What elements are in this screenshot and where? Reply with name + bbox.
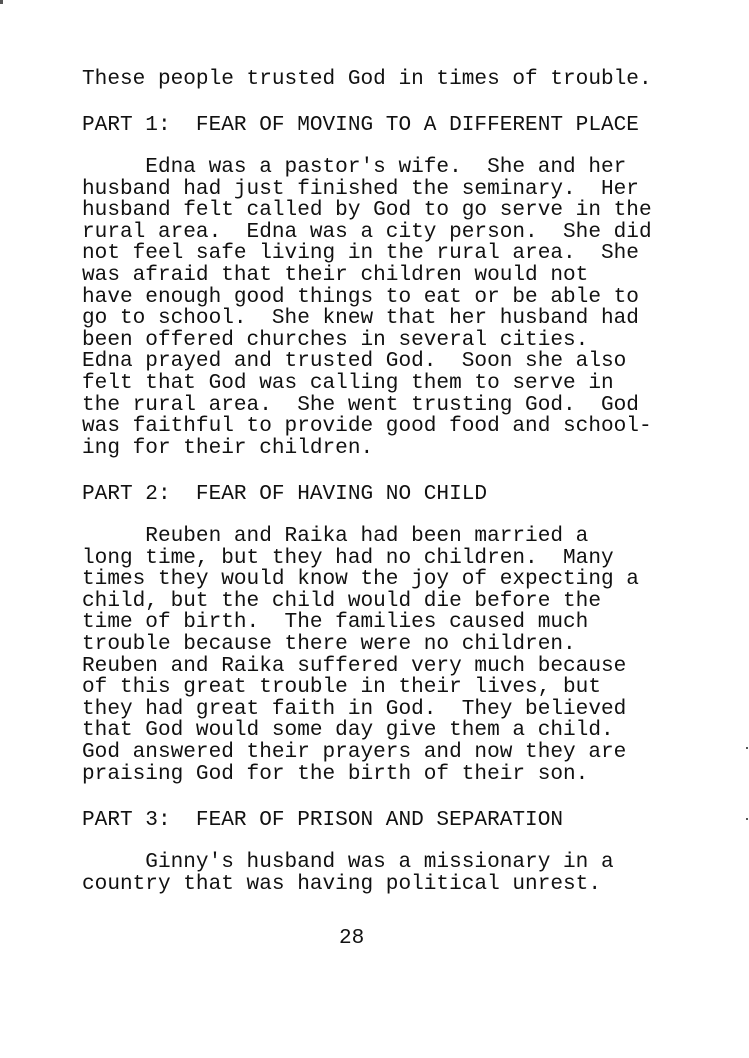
body-line: long time, but they had no children. Man… xyxy=(82,548,614,570)
body-line: country that was having political unrest… xyxy=(82,874,601,896)
body-line: felt that God was calling them to serve … xyxy=(82,373,614,395)
body-line: the rural area. She went trusting God. G… xyxy=(82,395,639,417)
body-line: was afraid that their children would not xyxy=(82,265,588,287)
body-line: have enough good things to eat or be abl… xyxy=(82,287,639,309)
body-line: rural area. Edna was a city person. She … xyxy=(82,222,652,244)
body-line: been offered churches in several cities. xyxy=(82,330,588,352)
body-line: was faithful to provide good food and sc… xyxy=(82,416,652,438)
body-line: go to school. She knew that her husband … xyxy=(82,308,639,330)
body-line: times they would know the joy of expecti… xyxy=(82,569,639,591)
scan-speck xyxy=(746,818,748,820)
body-line: husband felt called by God to go serve i… xyxy=(82,200,652,222)
scan-speck xyxy=(746,747,748,749)
body-line: not feel safe living in the rural area. … xyxy=(82,243,639,265)
body-line: Edna was a pastor's wife. She and her xyxy=(82,157,626,179)
body-line: Reuben and Raika had been married a xyxy=(82,526,588,548)
section-heading-1: PART 1: FEAR OF MOVING TO A DIFFERENT PL… xyxy=(82,113,639,137)
body-line: Ginny's husband was a missionary in a xyxy=(82,852,614,874)
body-line: Reuben and Raika suffered very much beca… xyxy=(82,656,626,678)
body-line: praising God for the birth of their son. xyxy=(82,764,588,786)
body-line: ing for their children. xyxy=(82,438,373,460)
body-line: God answered their prayers and now they … xyxy=(82,742,626,764)
body-line: of this great trouble in their lives, bu… xyxy=(82,677,601,699)
section-heading-3: PART 3: FEAR OF PRISON AND SEPARATION xyxy=(82,808,563,832)
document-page: These people trusted God in times of tro… xyxy=(0,0,749,1058)
body-line: they had great faith in God. They believ… xyxy=(82,699,626,721)
body-line: child, but the child would die before th… xyxy=(82,591,601,613)
body-line: that God would some day give them a chil… xyxy=(82,720,614,742)
intro-line: These people trusted God in times of tro… xyxy=(82,67,652,91)
scan-speck xyxy=(0,0,3,4)
body-line: Edna prayed and trusted God. Soon she al… xyxy=(82,351,626,373)
section-heading-2: PART 2: FEAR OF HAVING NO CHILD xyxy=(82,482,487,506)
page-number: 28 xyxy=(339,926,364,950)
body-line: husband had just finished the seminary. … xyxy=(82,179,639,201)
body-line: time of birth. The families caused much xyxy=(82,612,588,634)
body-line: trouble because there were no children. xyxy=(82,634,576,656)
